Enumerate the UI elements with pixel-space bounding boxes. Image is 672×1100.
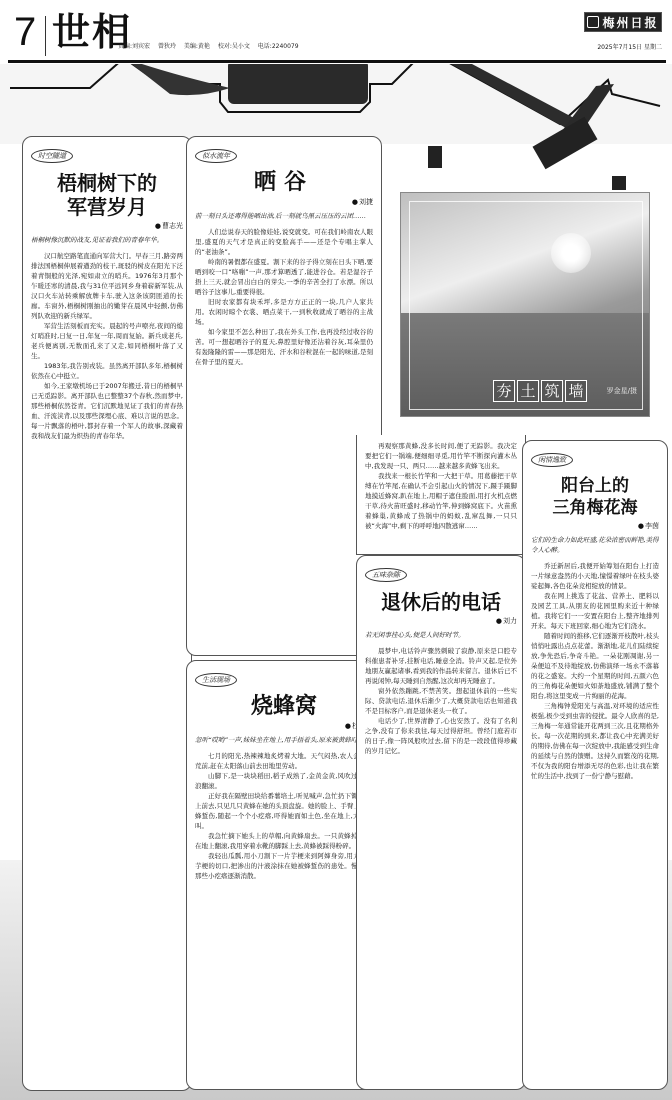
paragraph: 如今家里不怎么种田了,我在外头工作,也再没经过收谷的苦。可一想起晒谷子的夏天,鼻… [195,327,373,367]
paragraph: 山脚下,是一块块稻田,稻子成熟了,金黄金黄,风吹过,如波浪翻滚。 [195,771,373,791]
credit-art: 美编:黄艳 [184,43,210,50]
article-shaofengwo: 生活现场 烧蜂窝 杜雄源 忽听“哎哟”一声,妹妹坐在地上,用手捂着头,原来被黄蜂… [186,660,382,1090]
credit-editor: 责编:刘宾宏 [118,43,150,50]
paragraph: 七月的阳光,热辣辣地炙烤着大地。天气闷热,农人会趁开荒前,赶在太阳落山前去田地里… [195,751,373,771]
credit-proof: 校对:吴小文 [218,43,250,50]
article-author: 刘力 [365,616,517,626]
article-author: 曹志光 [31,221,183,231]
paragraph: 晨梦中,电话铃声骤然刺破了寂静,原来是口腔专科催患者补牙,挂断电话,睡意全消。铃… [365,646,517,686]
paragraph: 再观察那黄蜂,没多长时间,便了无踪影。我决定要把它们一锅端,便细细寻觅,用竹竿不… [365,441,517,471]
paragraph: 电话少了,世界清静了,心也安然了。没有了名利之争,没有了你来我往,每天过得舒坦。… [365,716,517,756]
article-title: 梧桐树下的 军营岁月 [31,171,183,219]
paragraph: 我在网上挑选了花盆、营养土、肥料以及园艺工具,从朋友的花园里购来近十种绿植。我将… [531,591,659,631]
article-bougainvillea: 闲情逸致 阳台上的 三角梅花海 李茵 它们的生命力如此旺盛,花朵浓密而鲜艳,美得… [522,440,668,1090]
paragraph: 三角梅钟爱阳光与高温,对环境的适应性极强,极少受到虫害的侵扰。最令人欣喜的是,三… [531,701,659,781]
paragraph: 1983年,我告别戎装。虽然离开部队多年,梧桐树依然在心中挺立。 [31,361,183,381]
column-tag: 五味杂陈 [365,568,407,582]
paragraph: 我轻出瓜瓢,用小刀割下一片芋梗来到阿婶身旁,用力挤压芋梗的切口,把渗出的汁液涂抹… [195,851,373,881]
weekday: 星期二 [644,44,662,51]
article-shaofengwo-continued: 再观察那黄蜂,没多长时间,便了无踪影。我决定要把它们一锅端,便细细寻觅,用竹竿不… [356,435,526,555]
newspaper-logo: 梅州日报 [584,12,662,32]
logo-emblem-icon [587,16,599,28]
article-author: 杜雄源 [195,721,373,731]
article-lede: 若无闲事挂心头,便是人间好时节。 [365,630,517,640]
date: 2025年7月15日 [597,44,642,51]
paragraph: 汉口航空路笔直通向军营大门。早春三月,路旁两排法国梧桐伸展着遒劲的枝干,斑驳的树… [31,251,183,321]
decor-block [612,176,626,190]
paragraph: 我急忙摘下她头上的草帽,向黄蜂扇去。一只黄蜂掉下来,在地上翻滚,我用穿着水靴的脚… [195,831,373,851]
paragraph: 岭南的暑假都在盛夏。割下来的谷子得立刻在日头下晒,要晒到咬一口“咯嘣”一声,那才… [195,257,373,297]
article-author: 刘捷 [195,197,373,207]
article-title: 阳台上的 三角梅花海 [531,475,659,519]
article-lede: 它们的生命力如此旺盛,花朵浓密而鲜艳,美得令人心醉。 [531,535,659,555]
divider [45,16,46,56]
article-author: 李茵 [531,521,659,531]
article-shaigu: 似水流年 晒谷 刘捷 前一刻日头还毒得能晒出油,后一刻就乌黑云压压的云团…… 人… [186,136,382,656]
paragraph: 旧时农家都有块禾坪,多是方方正正的一块,几户人家共用。农闲时晾个衣裳、晒点菜干,… [195,297,373,327]
paragraph: 乔迁新居后,我便开始筹划在阳台上打造一片绿意盎然的小天地,憧憬着绿叶在枝头婆娑起… [531,561,659,591]
paragraph: 窗外依然蹦跳,不禁苦笑。想起退休前的一些实际、贷款电话,退休后渐少了,大概贷款电… [365,686,517,716]
header-rule [8,60,666,63]
paragraph: 人们总说春天的脸像娃娃,说变就变。可在我们岭南农人眼里,盛夏的天气才是真正的变脸… [195,227,373,257]
photo-caption: 夯 土 筑 墙 [493,380,587,402]
article-retirement-phone: 五味杂陈 退休后的电话 刘力 若无闲事挂心头,便是人间好时节。 晨梦中,电话铃声… [356,555,526,1090]
paragraph: 如今,王家墩机场已于2007年搬迁,昔日的梧桐早已无觅踪影。离开部队也已整整37… [31,381,183,441]
paragraph: 正好我在隔壁田块给番薯培土,听见喊声,急忙扔下锄头,赶上前去,只见几只黄蜂在她的… [195,791,373,831]
article-wutong: 时空隧道 梧桐树下的 军营岁月 曹志光 梧桐树像沉默的战友,见证着我们的青春年华… [22,136,192,1091]
photo-frame [409,201,643,410]
decor-block [428,146,442,168]
editor-credits: 责编:刘宾宏 曾狄玲 美编:黄艳 校对:吴小文 电话:2240079 [118,41,305,50]
credit-editor-2: 曾狄玲 [158,43,176,50]
article-lede: 梧桐树像沉默的战友,见证着我们的青春年华。 [31,235,183,245]
article-title: 烧蜂窝 [195,695,373,719]
paragraph: 我找来一根长竹竿和一大把干草。用葛藤把干草缚在竹竿尾,在确认不会引起山火的情况下… [365,471,517,531]
column-tag: 时空隧道 [31,149,73,163]
column-tag: 似水流年 [195,149,237,163]
column-tag: 闲情逸致 [531,453,573,467]
photo-rammed-earth-wall: 夯 土 筑 墙 罗金星/摄 [400,192,650,417]
photo-credit: 罗金星/摄 [607,386,637,396]
column-tag: 生活现场 [195,673,237,687]
page-number: 7 [14,12,36,52]
article-title: 晒谷 [195,171,373,195]
article-lede: 忽听“哎哟”一声,妹妹坐在地上,用手捂着头,原来被黄蜂叮了。 [195,735,373,745]
masthead: 7 世相 责编:刘宾宏 曾狄玲 美编:黄艳 校对:吴小文 电话:2240079 … [8,8,666,60]
credit-phone: 电话:2240079 [258,43,299,50]
article-lede: 前一刻日头还毒得能晒出油,后一刻就乌黑云压压的云团…… [195,211,373,221]
logo-text: 梅州日报 [602,16,658,30]
article-title: 退休后的电话 [365,590,517,614]
paragraph: 随着时间的推移,它们逐渐开枝散叶,枝头悄悄吐露出点点花蕾。渐渐地,花儿们陆续绽放… [531,631,659,701]
dateline: 2025年7月15日 星期二 [597,42,662,51]
paragraph: 军营生活刻板而充实。晨起的号声嘹亮,夜间的熄灯哨准时,日复一日,年复一年,周而复… [31,321,183,361]
